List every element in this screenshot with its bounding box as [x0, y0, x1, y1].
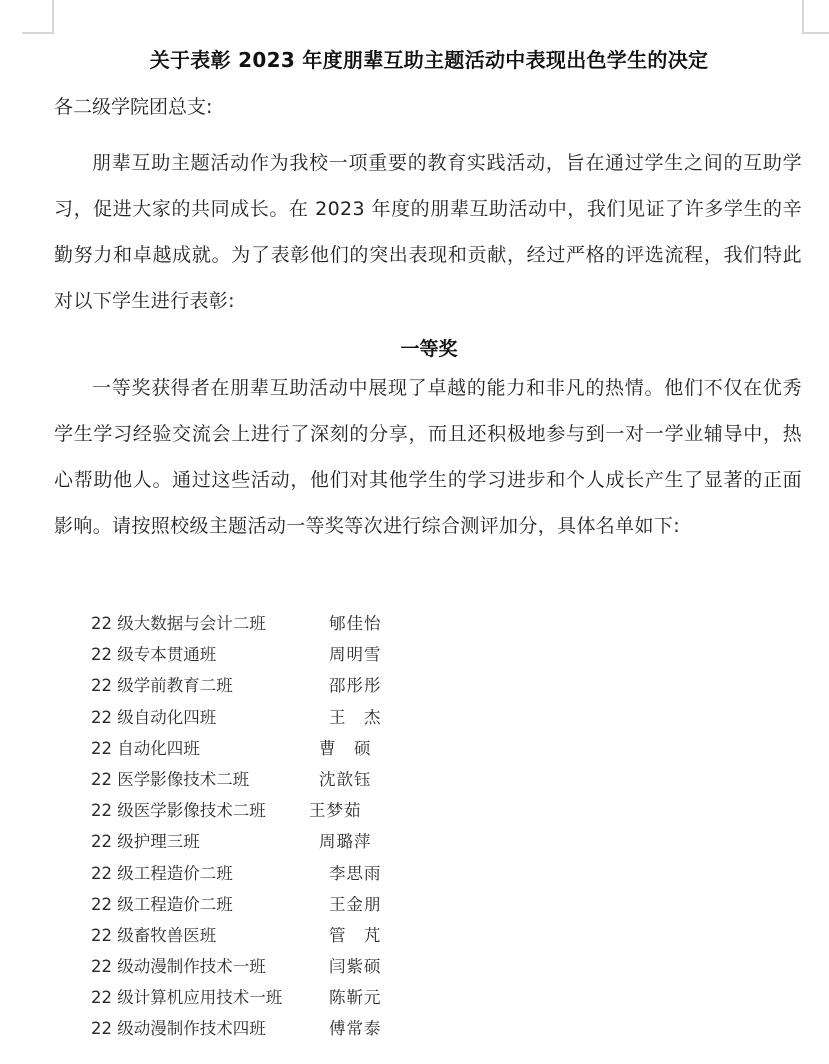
awardee-class: 22 级畜牧兽医班: [91, 922, 216, 946]
awardee-row: 22 级计算机应用技术一班陈靳元: [91, 982, 411, 1013]
awardee-row: 22 级专本贯通班周明雪: [91, 639, 411, 670]
awardee-list: 22 级大数据与会计二班郇佳怡 22 级专本贯通班周明雪 22 级学前教育二班邵…: [91, 608, 411, 1045]
awardee-row: 22 级动漫制作技术四班傅常泰: [91, 1013, 411, 1044]
awardee-row: 22 级动漫制作技术一班闫紫硕: [91, 951, 411, 982]
awardee-name: 李思雨: [329, 860, 382, 884]
awardee-name: 沈歆钰: [319, 766, 372, 790]
awardee-row: 22 级护理三班周璐萍: [91, 826, 411, 857]
awardee-row: 22 级自动化四班王 杰: [91, 702, 411, 733]
awardee-name: 管 芃: [329, 922, 382, 946]
awardee-class: 22 级大数据与会计二班: [91, 610, 266, 634]
awardee-class: 22 级工程造价二班: [91, 891, 233, 915]
awardee-class: 22 级动漫制作技术四班: [91, 1015, 266, 1039]
awardee-name: 王 杰: [329, 704, 382, 728]
section-heading-first-prize: 一等奖: [0, 334, 829, 361]
awardee-name: 曹 硕: [319, 735, 372, 759]
awardee-row: 22 级工程造价二班王金朋: [91, 889, 411, 920]
awardee-class: 22 级护理三班: [91, 828, 200, 852]
awardee-name: 王梦茹: [309, 797, 362, 821]
awardee-class: 22 级工程造价二班: [91, 860, 233, 884]
awardee-name: 陈靳元: [329, 984, 382, 1008]
first-prize-paragraph: 一等奖获得者在朋辈互助活动中展现了卓越的能力和非凡的热情。他们不仅在优秀学生学习…: [54, 365, 802, 549]
awardee-name: 王金朋: [329, 891, 382, 915]
document-title: 关于表彰 2023 年度朋辈互助主题活动中表现出色学生的决定: [0, 44, 829, 73]
awardee-class: 22 级医学影像技术二班: [91, 797, 266, 821]
awardee-name: 闫紫硕: [329, 953, 382, 977]
awardee-name: 周璐萍: [319, 828, 372, 852]
awardee-class: 22 级计算机应用技术一班: [91, 984, 282, 1008]
salutation: 各二级学院团总支:: [54, 92, 212, 119]
awardee-row: 22 级工程造价二班李思雨: [91, 858, 411, 889]
awardee-row: 22 级学前教育二班邵彤彤: [91, 670, 411, 701]
awardee-class: 22 自动化四班: [91, 735, 200, 759]
page-corner-mark-top-right: [802, 0, 829, 34]
awardee-row: 22 级畜牧兽医班管 芃: [91, 920, 411, 951]
awardee-class: 22 医学影像技术二班: [91, 766, 249, 790]
awardee-class: 22 级动漫制作技术一班: [91, 953, 266, 977]
awardee-class: 22 级学前教育二班: [91, 672, 233, 696]
awardee-name: 郇佳怡: [329, 610, 382, 634]
awardee-row: 22 医学影像技术二班沈歆钰: [91, 764, 411, 795]
awardee-class: 22 级自动化四班: [91, 704, 216, 728]
awardee-row: 22 自动化四班曹 硕: [91, 733, 411, 764]
awardee-name: 邵彤彤: [329, 672, 382, 696]
awardee-name: 周明雪: [329, 641, 382, 665]
awardee-class: 22 级专本贯通班: [91, 641, 216, 665]
awardee-row: 22 级医学影像技术二班王梦茹: [91, 795, 411, 826]
page-corner-mark-top-left: [22, 0, 54, 34]
awardee-name: 傅常泰: [329, 1015, 382, 1039]
intro-paragraph: 朋辈互助主题活动作为我校一项重要的教育实践活动，旨在通过学生之间的互助学习，促进…: [54, 140, 802, 324]
awardee-row: 22 级大数据与会计二班郇佳怡: [91, 608, 411, 639]
